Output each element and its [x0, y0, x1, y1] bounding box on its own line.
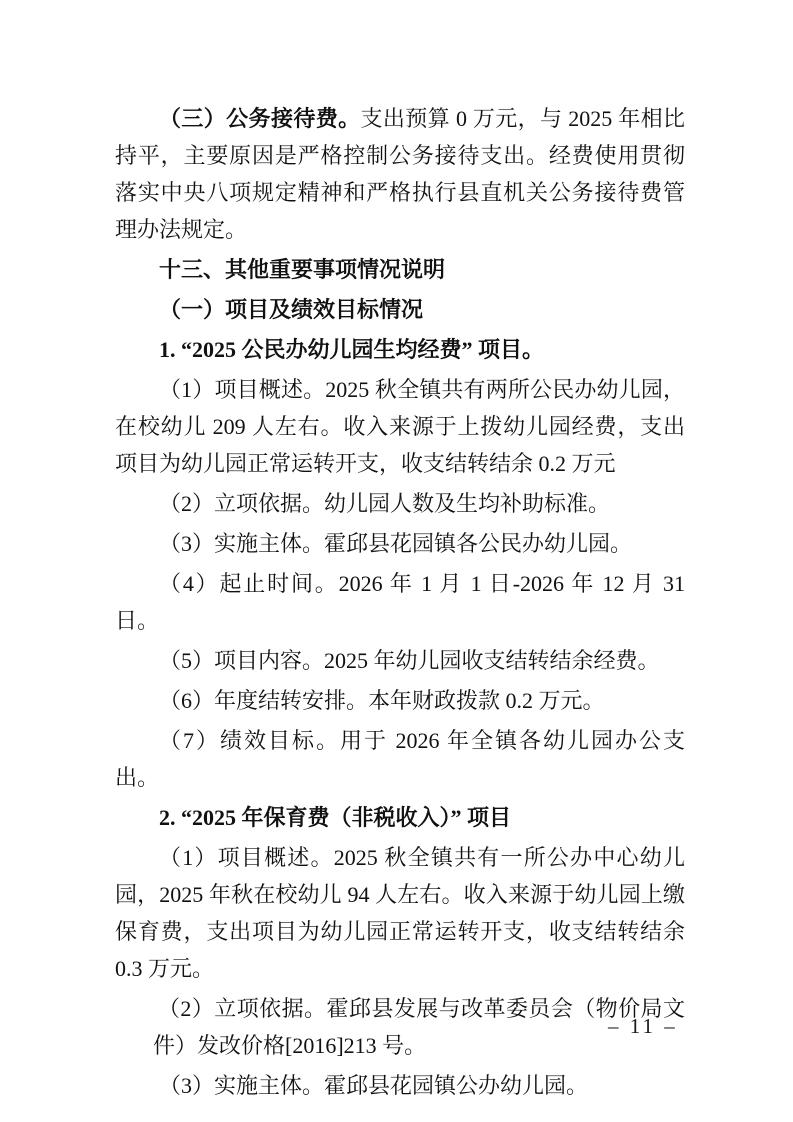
subsection-heading-1: （一）项目及绩效目标情况	[115, 291, 685, 328]
project2-item-implementer: （3）实施主体。霍邱县花园镇公办幼儿园。	[115, 1067, 685, 1104]
project2-title: 2. “2025 年保育费（非税收入）” 项目	[115, 799, 685, 836]
project2-item-basis: （2）立项依据。霍邱县发展与改革委员会（物价局文件）发改价格[2016]213 …	[153, 990, 685, 1064]
project1-item-basis: （2）立项依据。幼儿园人数及生均补助标准。	[115, 485, 685, 522]
project1-item-performance-goal: （7）绩效目标。用于 2026 年全镇各幼儿园办公支出。	[115, 722, 685, 796]
project1-item-implementer: （3）实施主体。霍邱县花园镇各公民办幼儿园。	[115, 525, 685, 562]
page-number: – 11 –	[608, 1014, 678, 1039]
paragraph-lead-bold: （三）公务接待费。	[159, 106, 361, 131]
section-heading-13: 十三、其他重要事项情况说明	[115, 251, 685, 288]
project1-item-duration: （4）起止时间。2026 年 1 月 1 日-2026 年 12 月 31 日。	[115, 565, 685, 639]
project1-item-carryover: （6）年度结转安排。本年财政拨款 0.2 万元。	[115, 682, 685, 719]
project1-item-overview: （1）项目概述。2025 秋全镇共有两所公民办幼儿园，在校幼儿 209 人左右。…	[115, 371, 685, 482]
document-page: （三）公务接待费。支出预算 0 万元，与 2025 年相比持平，主要原因是严格控…	[0, 0, 793, 1122]
project1-title: 1. “2025 公民办幼儿园生均经费” 项目。	[115, 331, 685, 368]
document-content: （三）公务接待费。支出预算 0 万元，与 2025 年相比持平，主要原因是严格控…	[115, 100, 685, 1107]
project2-item-overview: （1）项目概述。2025 秋全镇共有一所公办中心幼儿园，2025 年秋在校幼儿 …	[115, 839, 685, 987]
project1-item-content: （5）项目内容。2025 年幼儿园收支结转结余经费。	[115, 642, 685, 679]
paragraph-official-reception-expense: （三）公务接待费。支出预算 0 万元，与 2025 年相比持平，主要原因是严格控…	[115, 100, 685, 248]
